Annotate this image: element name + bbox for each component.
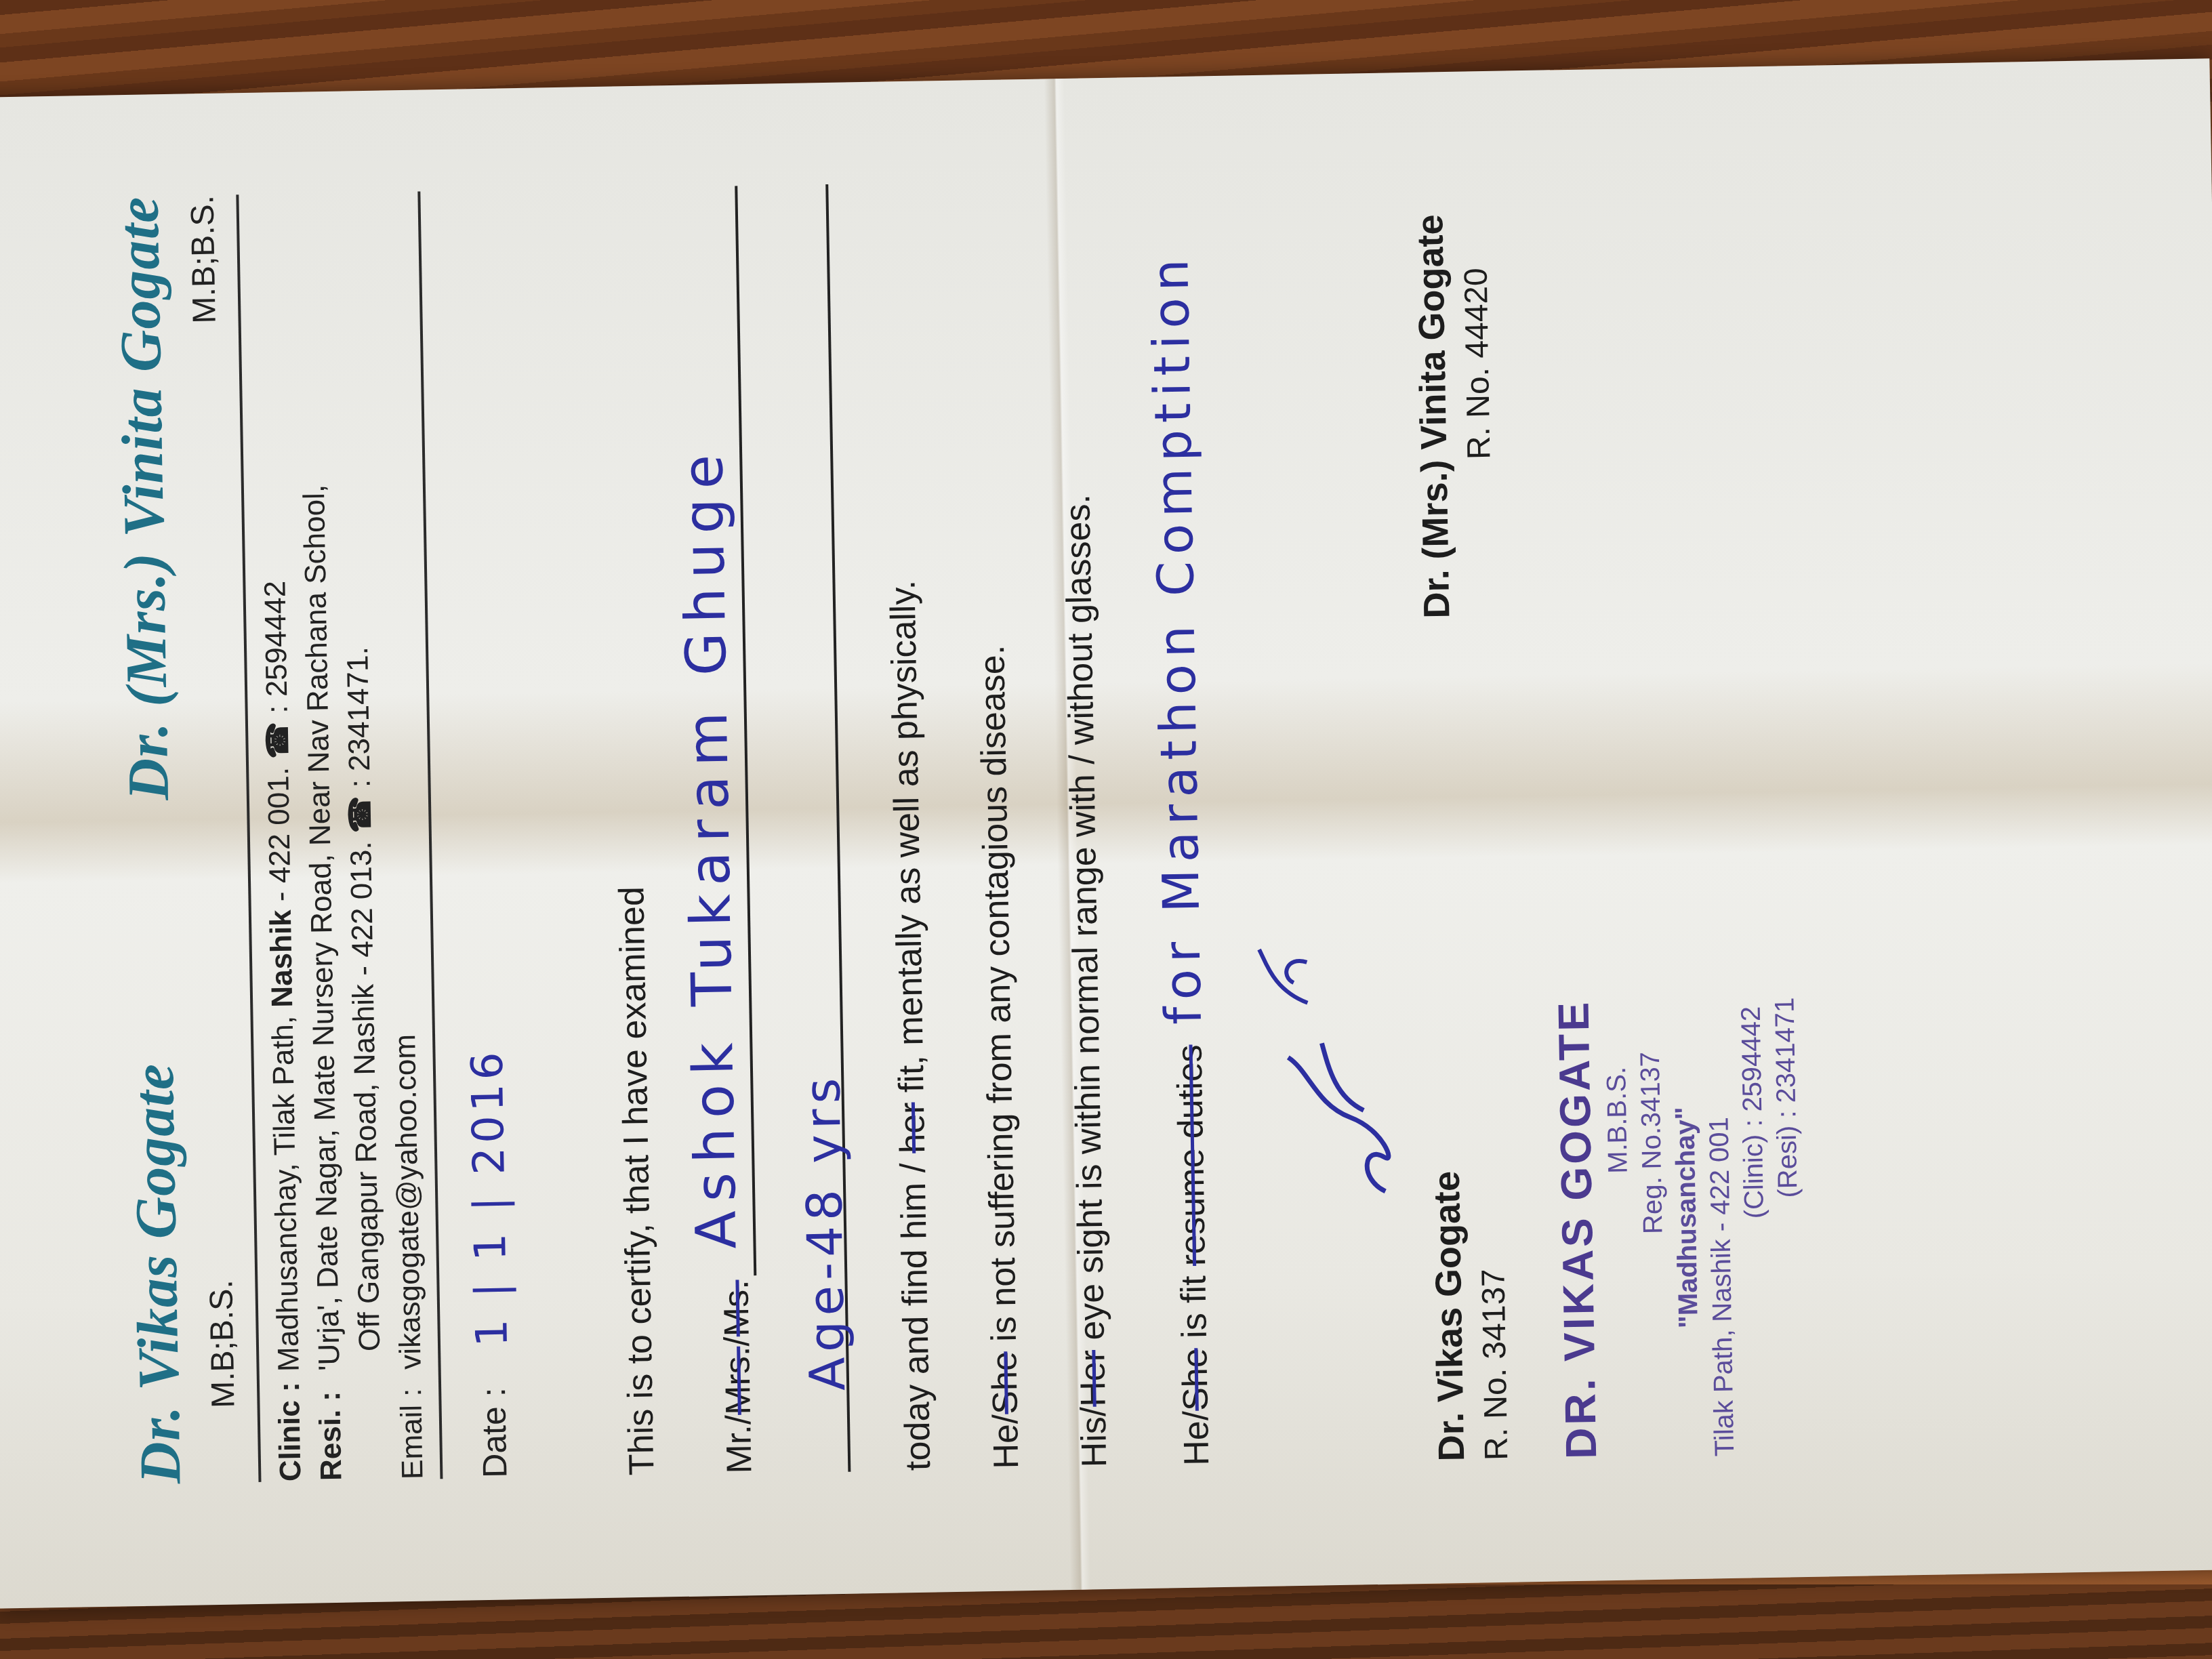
stamp-resi-phone: (Resi) : 2341471 — [1764, 777, 1805, 1198]
left-doctor-degree: M.B;B.S. — [199, 1062, 243, 1408]
left-doctor-name: Dr. Vikas Gogate — [119, 1063, 194, 1484]
resi-address-2: Off Gangapur Road, Nashik - 422 013. — [344, 841, 386, 1351]
patient-name-line: Mr./Mrs./Ms. Ashok Tukaram Ghuge — [680, 186, 760, 1474]
intro-text: This is to certify, that I have examined — [599, 188, 662, 1476]
date-block: Date : 1 | 1 | 2016 — [448, 230, 520, 1478]
doctor-stamp: DR. VIKAS GOGATE M.B.B.S. Reg. No.34137 … — [1544, 777, 1809, 1459]
date-label: Date : — [474, 1387, 514, 1478]
date-value: 1 | 1 | 2016 — [462, 1048, 518, 1347]
letterhead-right: Dr. (Mrs.) Vinita Gogate M.B;B.S. — [104, 195, 232, 801]
patient-name: Ashok Tukaram Ghuge — [671, 445, 750, 1250]
patient-name-field: Ashok Tukaram Ghuge — [680, 186, 756, 1276]
telephone-icon: ☎ — [344, 796, 377, 834]
salutation: Mr./Mrs./Ms. — [716, 1279, 760, 1474]
letterhead-left: Dr. Vikas Gogate M.B;B.S. — [119, 1062, 244, 1484]
right-doctor-degree: M.B;B.S. — [184, 195, 232, 800]
resi-label: Resi. : — [310, 1379, 352, 1481]
right-signatory-name: Dr. (Mrs.) Vinita Gogate — [1409, 214, 1458, 619]
clinic-city: Nashik — [264, 909, 300, 1008]
clinic-address: Madhusanchay, Tilak Path, — [266, 1016, 306, 1372]
resi-phone: : 2341471. — [341, 647, 377, 788]
left-signatory-reg: R. No. 34137 — [1467, 783, 1515, 1461]
statement-contagious: He/She is not suffering from any contagi… — [964, 181, 1027, 1469]
photo-area: Dr. Vikas Gogate M.B;B.S. Dr. (Mrs.) Vin… — [0, 0, 2212, 1659]
statements: today and find him / her fit, mentally a… — [876, 178, 1221, 1471]
certificate-content: Dr. Vikas Gogate M.B;B.S. Dr. (Mrs.) Vin… — [104, 167, 1809, 1484]
clinic-pin: - 422 001. — [262, 767, 297, 902]
clinic-phone: : 2594442 — [258, 581, 293, 714]
patient-age: Age-48 yrs — [794, 1072, 856, 1391]
telephone-icon: ☎ — [261, 722, 295, 760]
statement-resume: He/She is fit resume dutiesfor Marathon … — [1140, 178, 1221, 1466]
right-signatory-reg: R. No. 44420 — [1458, 268, 1501, 618]
email-value: vikasgogate@yahoo.com — [388, 1034, 428, 1370]
signature-right: Dr. (Mrs.) Vinita Gogate R. No. 44420 — [1409, 208, 1795, 619]
signature-row: Dr. Vikas Gogate R. No. 34137 DR. VIKAS … — [1408, 167, 1809, 1461]
statement-eyesight: His/Her eye sight is within normal range… — [1052, 180, 1115, 1468]
statement-fit: today and find him / her fit, mentally a… — [876, 183, 939, 1471]
purpose-handwritten: for Marathon Comptition — [1141, 252, 1213, 1025]
signature-left: Dr. Vikas Gogate R. No. 34137 DR. VIKAS … — [1419, 777, 1809, 1462]
left-signatory-name: Dr. Vikas Gogate — [1419, 783, 1473, 1462]
email-label: Email : — [391, 1377, 434, 1479]
clinic-label: Clinic : — [269, 1380, 312, 1482]
certificate-body: This is to certify, that I have examined… — [599, 178, 1221, 1475]
signature-scribble-icon — [1245, 920, 1412, 1207]
patient-age-field: Age-48 yrs — [751, 184, 851, 1473]
address-block: Clinic : Madhusanchay, Tilak Path, Nashi… — [248, 192, 433, 1482]
letterhead: Dr. Vikas Gogate M.B;B.S. Dr. (Mrs.) Vin… — [104, 195, 243, 1485]
right-doctor-name: Dr. (Mrs.) Vinita Gogate — [104, 196, 182, 801]
medical-certificate: Dr. Vikas Gogate M.B;B.S. Dr. (Mrs.) Vin… — [0, 58, 2212, 1608]
